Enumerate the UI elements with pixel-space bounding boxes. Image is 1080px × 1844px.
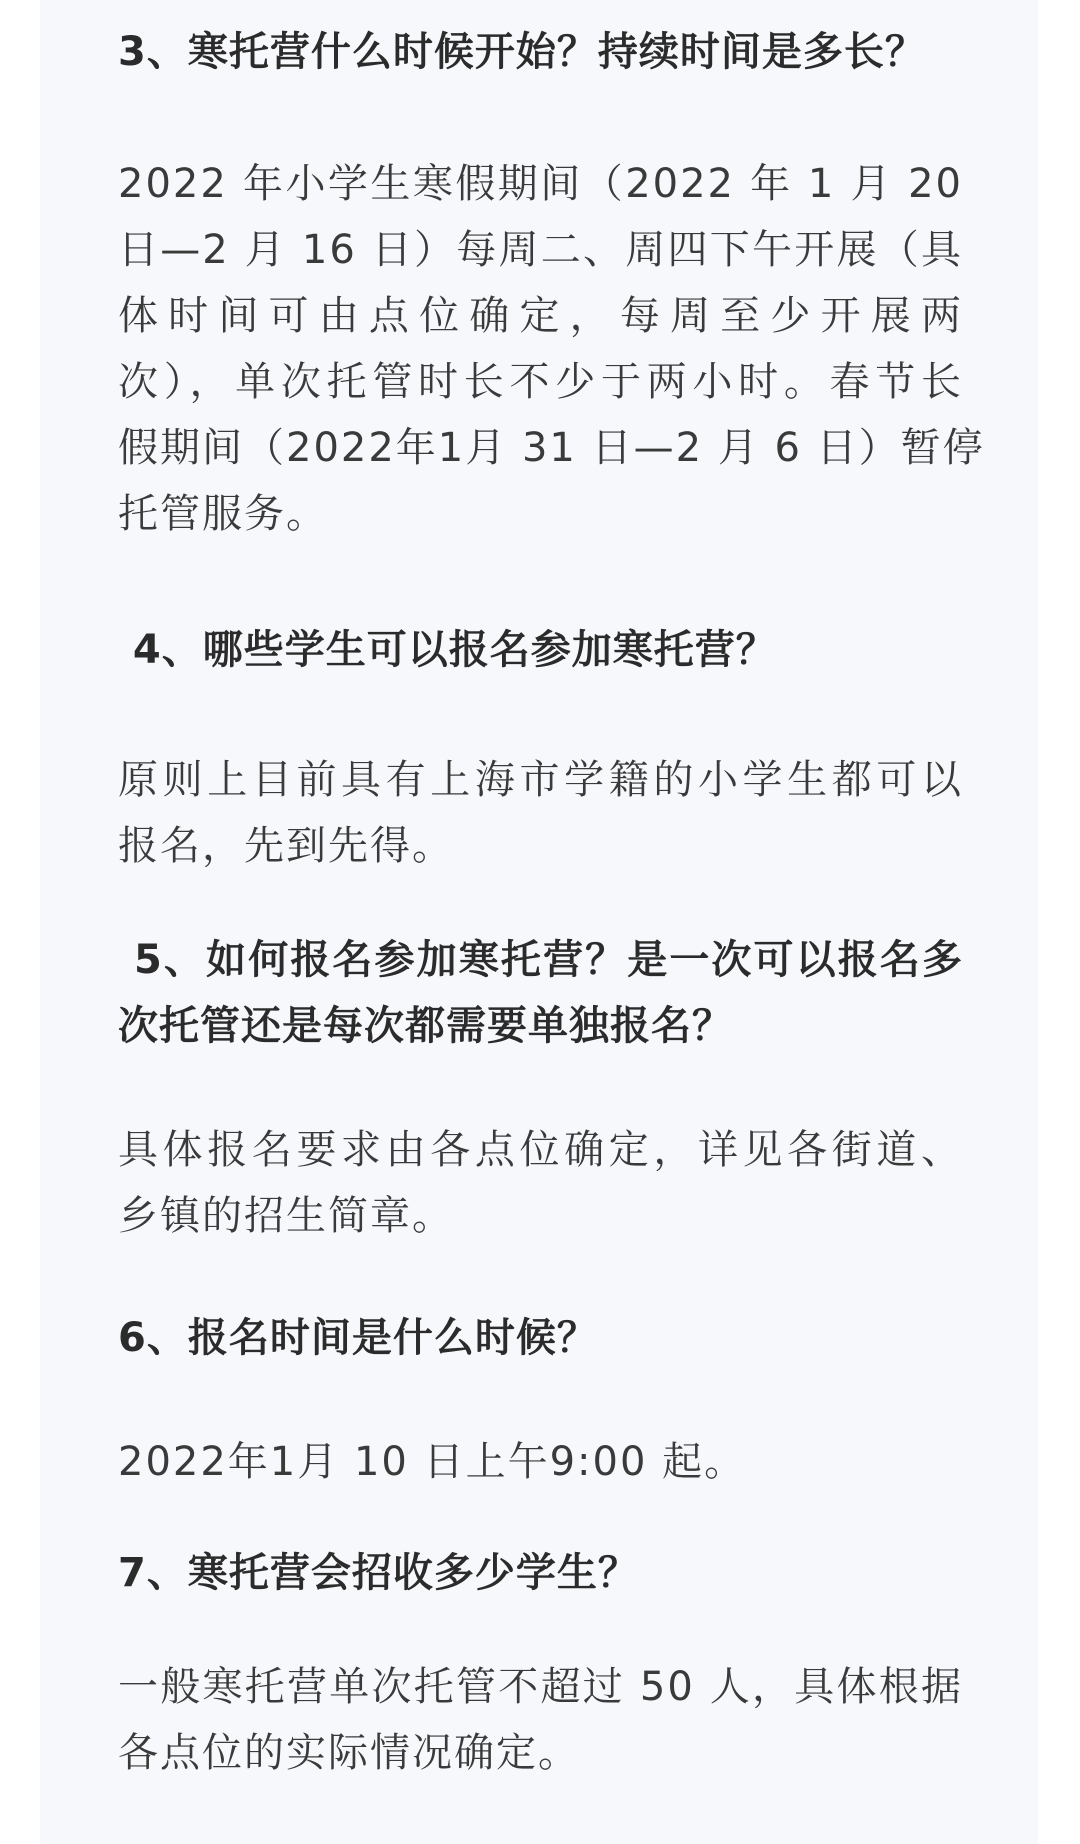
faq-answer-5: 具体报名要求由各点位确定，详见各街道、 乡镇的招生简章。 <box>118 1117 963 1249</box>
answer-line: 一般寒托营单次托管不超过 50 人，具体根据 <box>118 1654 963 1720</box>
answer-line: 日—2 月 16 日）每周二、周四下午开展（具 <box>118 217 963 283</box>
question-line: 3、寒托营什么时候开始？持续时间是多长？ <box>118 19 963 85</box>
faq-answer-3: 2022 年小学生寒假期间（2022 年 1 月 20 日—2 月 16 日）每… <box>118 151 963 547</box>
answer-line: 各点位的实际情况确定。 <box>118 1720 963 1786</box>
faq-question-4: 4、哪些学生可以报名参加寒托营？ <box>118 617 963 683</box>
faq-question-5: 5、如何报名参加寒托营？是一次可以报名多 次托管还是每次都需要单独报名？ <box>118 927 963 1059</box>
answer-line: 次），单次托管时长不少于两小时。春节长 <box>118 349 963 415</box>
faq-question-6: 6、报名时间是什么时候？ <box>118 1305 963 1371</box>
faq-question-7: 7、寒托营会招收多少学生？ <box>118 1540 963 1606</box>
answer-line: 托管服务。 <box>118 481 963 547</box>
answer-line: 假期间（2022年1月 31 日—2 月 6 日）暂停 <box>118 415 963 481</box>
answer-line: 2022 年小学生寒假期间（2022 年 1 月 20 <box>118 151 963 217</box>
answer-line: 报名，先到先得。 <box>118 813 963 879</box>
faq-answer-7: 一般寒托营单次托管不超过 50 人，具体根据 各点位的实际情况确定。 <box>118 1654 963 1786</box>
faq-answer-6: 2022年1月 10 日上午9:00 起。 <box>118 1429 963 1495</box>
question-line: 5、如何报名参加寒托营？是一次可以报名多 <box>118 927 963 993</box>
answer-line: 乡镇的招生简章。 <box>118 1183 963 1249</box>
question-line: 6、报名时间是什么时候？ <box>118 1305 963 1371</box>
question-line: 次托管还是每次都需要单独报名？ <box>118 993 963 1059</box>
faq-answer-4: 原则上目前具有上海市学籍的小学生都可以 报名，先到先得。 <box>118 747 963 879</box>
faq-question-3: 3、寒托营什么时候开始？持续时间是多长？ <box>118 19 963 85</box>
question-line: 7、寒托营会招收多少学生？ <box>118 1540 963 1606</box>
answer-line: 体时间可由点位确定，每周至少开展两 <box>118 283 963 349</box>
answer-line: 原则上目前具有上海市学籍的小学生都可以 <box>118 747 963 813</box>
answer-line: 2022年1月 10 日上午9:00 起。 <box>118 1429 963 1495</box>
answer-line: 具体报名要求由各点位确定，详见各街道、 <box>118 1117 963 1183</box>
question-line: 4、哪些学生可以报名参加寒托营？ <box>118 617 963 683</box>
